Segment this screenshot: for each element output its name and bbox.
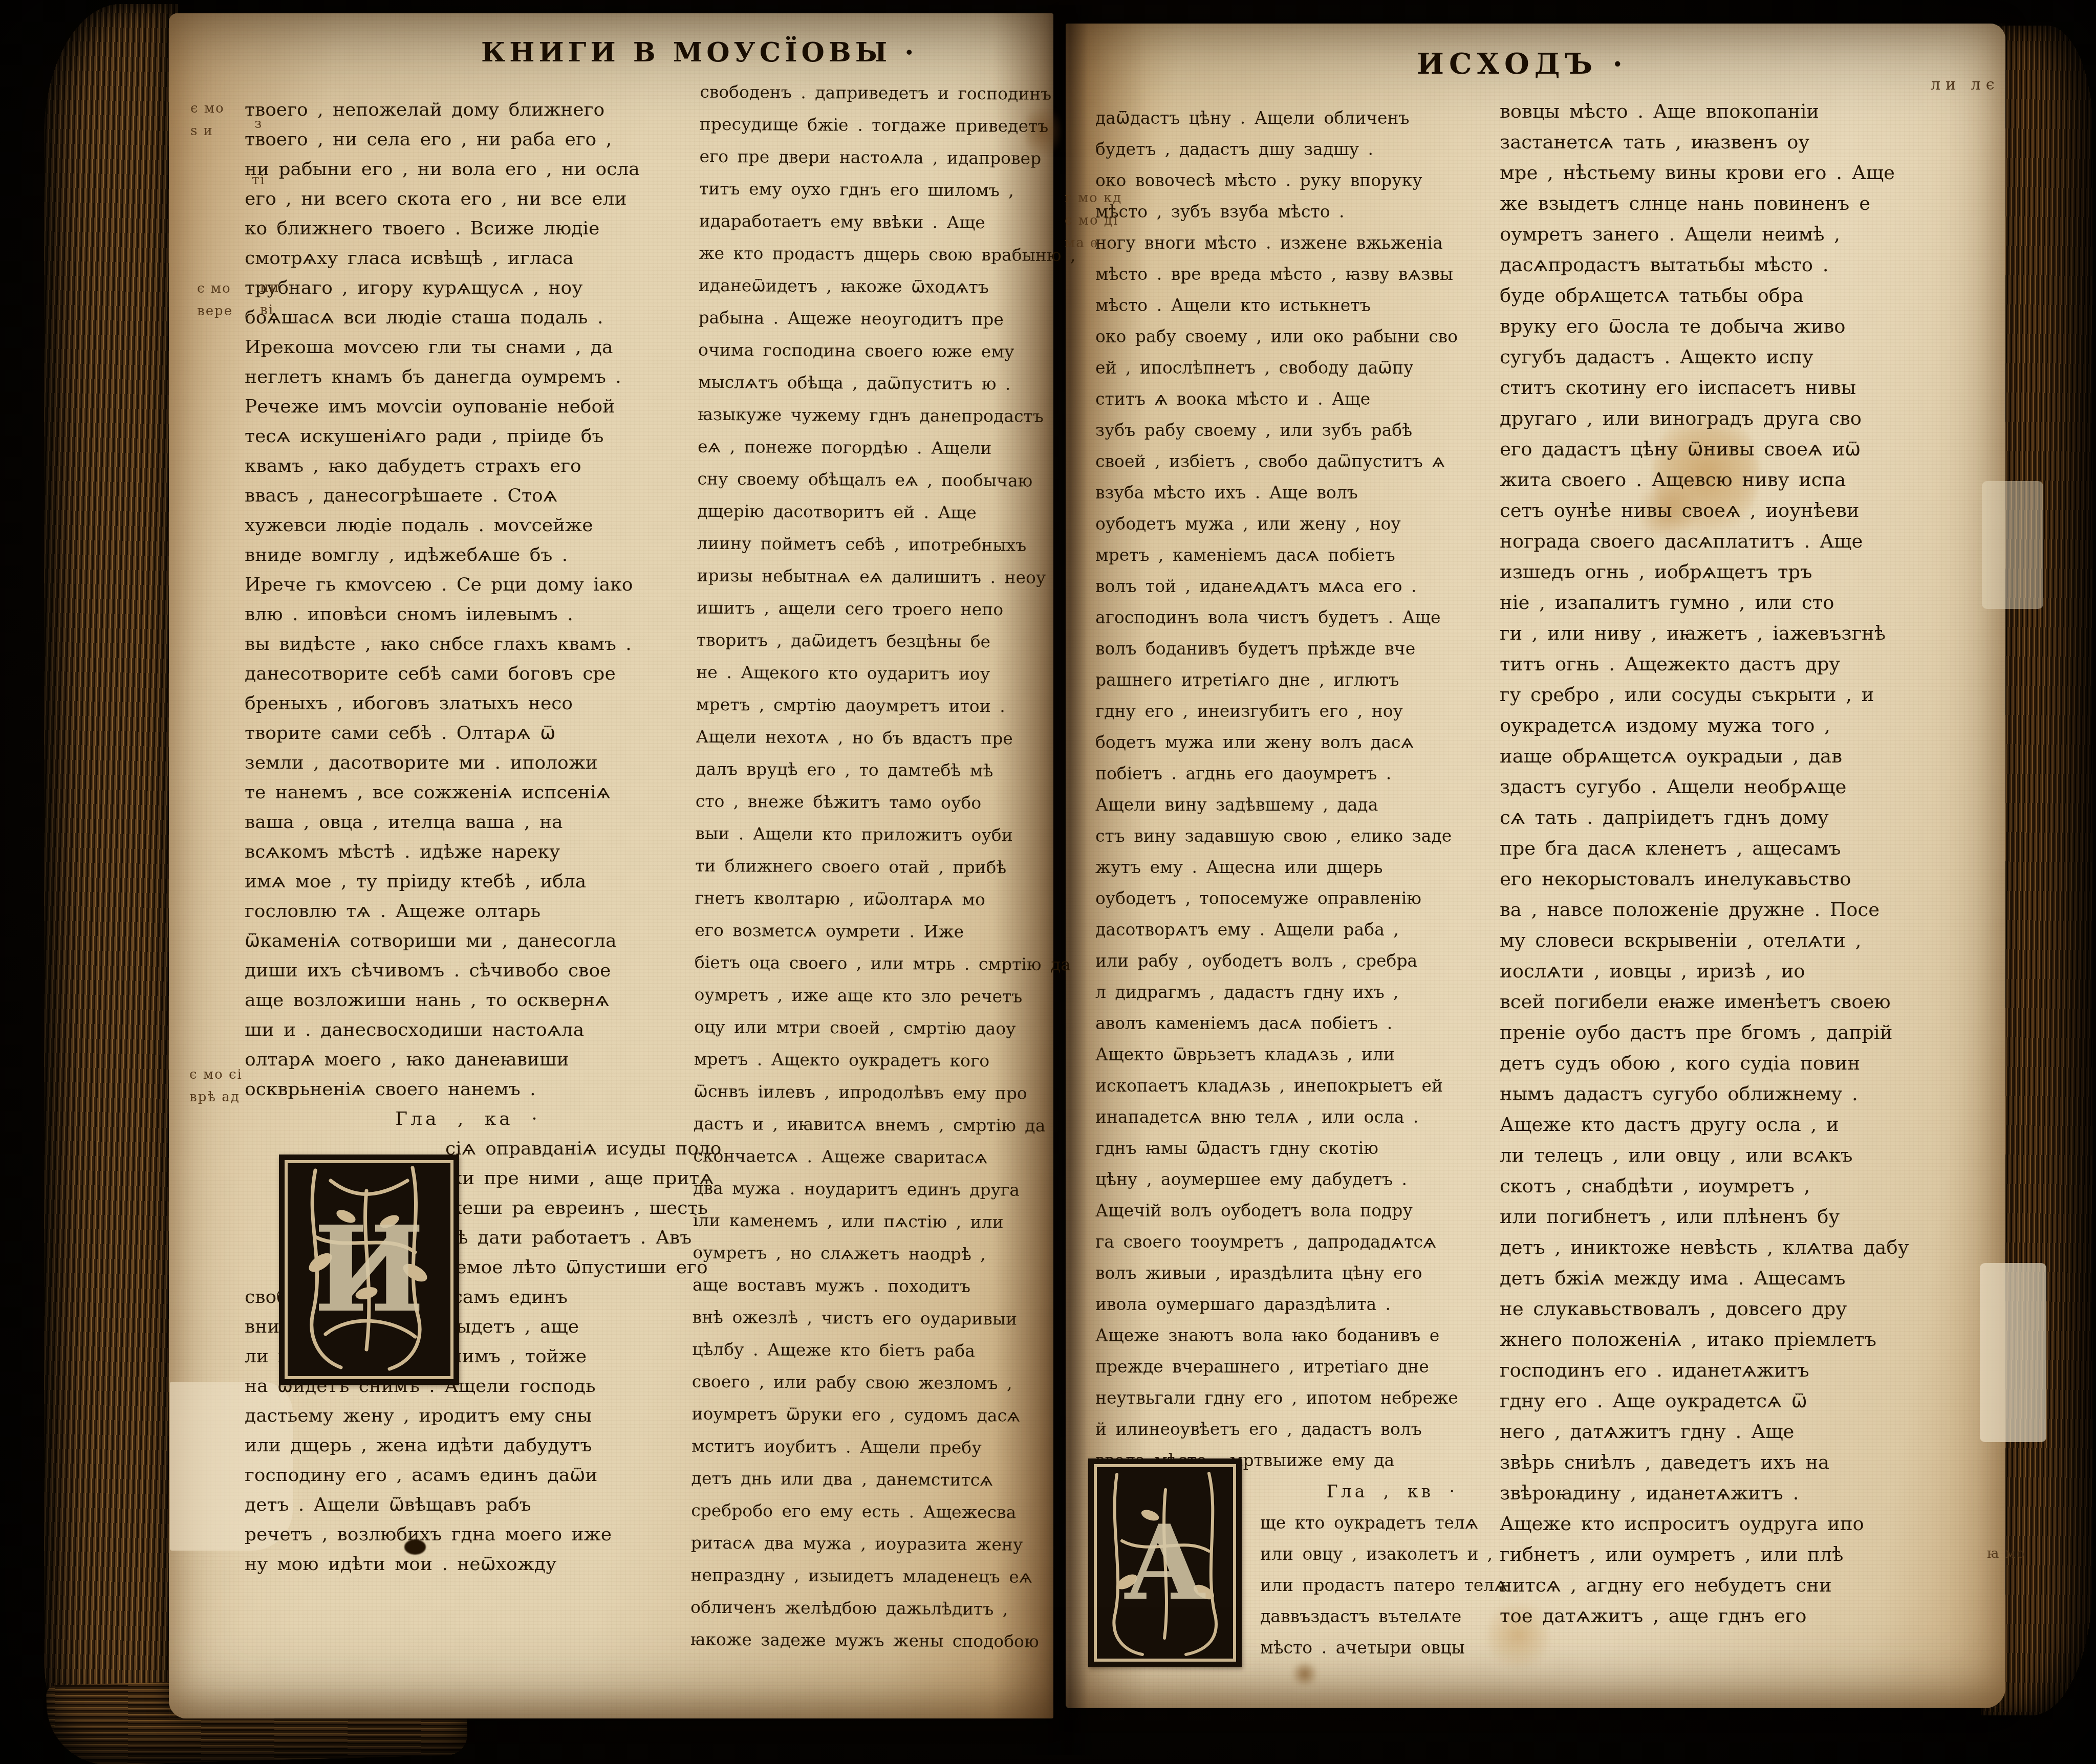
text-line: ꙗзыкуже чужему гднъ данепродастъ bbox=[698, 398, 1084, 433]
text-line: агосподинъ вола чистъ будетъ . Аще bbox=[1095, 602, 1482, 633]
text-line: Ащечій волъ оубодетъ вола подру bbox=[1095, 1195, 1482, 1226]
text-line: два мужа . ноударитъ единъ друга bbox=[693, 1172, 1079, 1207]
text-line: детъ , иниктоже невѣсть , клѧтва дабу bbox=[1500, 1232, 1987, 1263]
text-line: здастъ сугубо . Ащели необрѧще bbox=[1500, 772, 1987, 802]
text-line: даѿдастъ цѣну . Ащели обличенъ bbox=[1095, 102, 1482, 134]
spine-page-stack-edge bbox=[44, 4, 178, 1759]
text-line: мретъ , смртію даоумретъ итои . bbox=[696, 688, 1082, 723]
text-line: зубъ рабу своему , или зубъ рабѣ bbox=[1095, 415, 1482, 446]
right-running-title: ИСХОДЪ · bbox=[1417, 47, 1683, 81]
text-line: боѧшасѧ вси людіе сташа подаль . bbox=[245, 303, 691, 333]
text-line: детъ . Ащели ѿвѣщавъ рабъ bbox=[245, 1490, 691, 1520]
text-line: тое датѧжитъ , аще гднъ его bbox=[1500, 1601, 1987, 1631]
text-line: очима господина своего юже ему bbox=[698, 334, 1084, 368]
text-line: волъ той , иданеѧдѧтъ мѧса его . bbox=[1095, 571, 1482, 602]
text-line: оубодетъ мужа , или жену , ноу bbox=[1095, 508, 1482, 539]
text-line: другаго , или виноградъ друга сво bbox=[1500, 403, 1987, 434]
text-line: лѣ дати работаетъ . Авъ bbox=[445, 1223, 691, 1253]
text-line: смотрѧху гласа исвѣщѣ , игласа bbox=[245, 244, 691, 273]
text-line: ніе , изапалитъ гумно , или сто bbox=[1500, 587, 1987, 618]
text-line: него , датѧжитъ гдну . Аще bbox=[1500, 1417, 1987, 1447]
text-line: ей , ипослѣпнетъ , свободу даѿпу bbox=[1095, 352, 1482, 383]
margin-note: є мо єіврѣ ад bbox=[189, 1063, 243, 1108]
text-line: Ирече гь кмоѵсею . Се рци дому іако bbox=[245, 570, 691, 600]
text-line: детъ днь или два , данемститсѧ bbox=[692, 1462, 1077, 1497]
text-line: гднъ ꙗмы ѿдастъ гдну скотію bbox=[1095, 1133, 1482, 1164]
text-line: идаработаетъ ему ввѣки . Аще bbox=[699, 205, 1085, 239]
text-line: сѧ тать . дапріидетъ гднъ дому bbox=[1500, 802, 1987, 833]
woodcut-initial-right: А bbox=[1088, 1458, 1242, 1667]
margin-note: є моѕ и bbox=[190, 97, 225, 142]
text-line: аще возложиши нань , то осквернѧ bbox=[245, 986, 691, 1015]
text-line: цѣлбу . Ащеже кто біетъ раба bbox=[692, 1333, 1078, 1368]
text-line: ши и . данесвосходиши настоѧла bbox=[245, 1015, 691, 1045]
text-line: же кто продастъ дщерь свою врабыню , bbox=[699, 237, 1085, 272]
text-line: сну своему обѣщалъ еѧ , пообычаю bbox=[697, 463, 1083, 497]
text-line: вниде вомглу , идѣжебѧше бъ . bbox=[245, 540, 691, 570]
text-line: его дадастъ цѣну ѿнивы своеѧ иѿ bbox=[1500, 434, 1987, 465]
text-line: мре , нѣстьему вины крови его . Аще bbox=[1500, 158, 1987, 188]
book-photograph: КНИГИ В МОУСЇОВЫ · ИСХОДЪ · ли лє твоего… bbox=[0, 0, 2096, 1764]
text-line: звѣрь сниѣлъ , даведетъ ихъ на bbox=[1500, 1447, 1987, 1478]
text-line: мретъ , каменіемъ дасѧ побіетъ bbox=[1095, 539, 1482, 571]
text-line: неутвьгали гдну его , ипотом небреже bbox=[1095, 1382, 1482, 1413]
text-line: олтарѧ моего , ꙗко данеꙗвиши bbox=[245, 1045, 691, 1075]
text-line: аще воставъ мужъ . походитъ bbox=[693, 1269, 1078, 1303]
text-line: Ащекто ѿврьзетъ кладѧзь , или bbox=[1095, 1039, 1482, 1070]
text-line: не . Ащекого кто оударитъ иоу bbox=[696, 656, 1082, 691]
text-line: ва , навсе положеніе дружне . Посе bbox=[1500, 895, 1987, 925]
initial-letter: А bbox=[1094, 1464, 1236, 1662]
text-line: цѣну , аоумершее ему дабудетъ . bbox=[1095, 1164, 1482, 1195]
text-line: ститъ скотину его іиспасетъ нивы bbox=[1500, 373, 1987, 403]
text-line: ѿснвъ іилевъ , ипродолѣвъ ему про bbox=[694, 1075, 1079, 1110]
text-line: семое лѣто ѿпустиши его bbox=[445, 1253, 691, 1282]
text-line: побіетъ . агднь его даоумретъ . bbox=[1095, 758, 1482, 789]
text-line: мѣсто . Ащели кто истькнетъ bbox=[1095, 290, 1482, 321]
text-line: взуба мѣсто ихъ . Аще волъ bbox=[1095, 477, 1482, 508]
text-line: Ащеже кто дастъ другу осла , и bbox=[1500, 1109, 1987, 1140]
text-line: или продастъ патеро телѧ bbox=[1260, 1570, 1482, 1601]
text-line: творите сами себѣ . Олтарѧ ѿ bbox=[245, 718, 691, 748]
text-line: пресудище бжіе . тогдаже приведетъ bbox=[700, 108, 1086, 143]
margin-note: з bbox=[254, 113, 263, 135]
text-line: бреныхъ , ибоговъ златыхъ несо bbox=[245, 689, 691, 718]
text-line: Ащели вину задѣвшему , дада bbox=[1095, 789, 1482, 820]
text-line: мыслѧтъ обѣща , даѿпуститъ ю . bbox=[698, 366, 1084, 401]
text-line: сіѧ оправданіѧ исуды поло bbox=[445, 1134, 691, 1164]
text-line: жи пре ними , аще притѧ bbox=[445, 1164, 691, 1193]
text-line: оцу или мтри своей , смртію даоу bbox=[694, 1011, 1080, 1046]
text-line: ишитъ , ащели сего троего непо bbox=[697, 592, 1083, 626]
text-line: гдну его . Аще оукрадетсѧ ѿ bbox=[1500, 1386, 1987, 1417]
text-line: ваша , овца , ителца ваша , на bbox=[245, 808, 691, 837]
text-line: господину его , асамъ единъ даѿи bbox=[245, 1461, 691, 1490]
text-line: сугубъ дадастъ . Ащекто испу bbox=[1500, 342, 1987, 373]
margin-note: ꙗ мо bbox=[1987, 1542, 2026, 1565]
text-line: иаще обрѧщетсѧ оукрадыи , дав bbox=[1500, 741, 1987, 772]
text-line: всѧкомъ мѣстѣ . идѣже нареку bbox=[245, 837, 691, 867]
text-line: даввъздастъ вътелѧте bbox=[1260, 1601, 1482, 1632]
text-line: дастъ и , иꙗвитсѧ внемъ , смртію да bbox=[694, 1107, 1079, 1142]
text-line: же взыдетъ слнце нань повиненъ е bbox=[1500, 188, 1987, 219]
text-line: еѧ , понеже погордѣю . Ащели bbox=[698, 430, 1084, 465]
text-line: дасѧпродастъ вытатьбы мѣсто . bbox=[1500, 250, 1987, 280]
text-line: иоумретъ ѿруки его , судомъ дасѧ bbox=[692, 1398, 1077, 1432]
text-line: жутъ ему . Ащесна или дщерь bbox=[1095, 852, 1482, 883]
text-line: жнего положеніѧ , итако пріемлетъ bbox=[1500, 1324, 1987, 1355]
right-page-column-2: вовцы мѣсто . Аще впокопаніизастанетсѧ т… bbox=[1500, 96, 1987, 1631]
text-line: ститъ ѧ воока мѣсто и . Аще bbox=[1095, 383, 1482, 415]
text-line: ни рабыни его , ни вола его , ни осла bbox=[245, 155, 691, 184]
text-line: оумретъ занего . Ащели неимѣ , bbox=[1500, 219, 1987, 250]
text-line: мѣсто . вре вреда мѣсто , ꙗзву вѧзвы bbox=[1095, 258, 1482, 290]
margin-note: є мовере bbox=[197, 277, 233, 322]
text-line: не слукавьствовалъ , довсего дру bbox=[1500, 1294, 1987, 1324]
text-line: преніе оубо дастъ пре бгомъ , дапрій bbox=[1500, 1017, 1987, 1048]
text-line: его пре двери настоѧла , идапровер bbox=[699, 140, 1085, 175]
text-line: га своего тооумретъ , дапродадѧтсѧ bbox=[1095, 1226, 1482, 1257]
text-line: ще кто оукрадетъ телѧ bbox=[1260, 1507, 1482, 1538]
text-line: око рабу своему , или око рабыни сво bbox=[1095, 321, 1482, 352]
text-line: мститъ иоубитъ . Ащели пребу bbox=[692, 1430, 1077, 1465]
text-line: мѣсто , зубъ взуба мѣсто . bbox=[1095, 196, 1482, 227]
text-line: ги , или ниву , иꙗжетъ , іажевъзгнѣ bbox=[1500, 618, 1987, 649]
folio-number: ли лє bbox=[1931, 76, 1999, 94]
text-line: внѣ ожезлѣ , чистъ его оударивыи bbox=[692, 1301, 1078, 1336]
text-line: непраздну , изыидетъ младенецъ еѧ bbox=[690, 1559, 1076, 1594]
text-line: вы видѣсте , ꙗко снбсе глахъ квамъ . bbox=[245, 629, 691, 659]
text-line: буде обрѧщетсѧ татьбы обра bbox=[1500, 280, 1987, 311]
margin-note: г мо кдє мо діма ѳ bbox=[1065, 187, 1122, 254]
text-line: ископаетъ кладѧзь , инепокрыетъ ей bbox=[1095, 1070, 1482, 1101]
text-line: ѿкаменіѧ сотвориши ми , данесогла bbox=[245, 926, 691, 956]
text-line: ꙗкоже задеже мужъ жены сподобою bbox=[690, 1623, 1076, 1658]
text-line: вруку его ѿосла те добыча живо bbox=[1500, 311, 1987, 342]
text-line: дастьему жену , иродитъ ему сны bbox=[245, 1401, 691, 1431]
text-line: детъ бжіѧ между има . Ащесамъ bbox=[1500, 1263, 1987, 1294]
text-line: ко ближнего твоего . Всиже людіе bbox=[245, 214, 691, 244]
text-line: титъ ему оухо гднъ его шиломъ , bbox=[699, 172, 1085, 207]
text-line: иданеѿидетъ , ꙗкоже ѿходѧтъ bbox=[699, 269, 1085, 304]
text-line: своей , избіетъ , свобо даѿпуститъ ѧ bbox=[1095, 446, 1482, 477]
text-line: сто , внеже бѣжитъ тамо оубо bbox=[696, 785, 1082, 820]
text-line: скончаетсѧ . Ащеже сваритасѧ bbox=[693, 1140, 1079, 1174]
text-line: сетъ оунѣе нивы своеѧ , иоунѣеви bbox=[1500, 495, 1987, 526]
text-line: выи . Ащели кто приложитъ оуби bbox=[695, 817, 1081, 852]
text-line: гдну его , инеизгубитъ его , ноу bbox=[1095, 695, 1482, 727]
text-line: нограда своего дасѧплатитъ . Аще bbox=[1500, 526, 1987, 557]
text-line: лиину пойметъ себѣ , ипотребныхъ bbox=[697, 527, 1083, 562]
text-line: Ащеже кто испроситъ оудруга ипо bbox=[1500, 1509, 1987, 1539]
text-line: прежде вчерашнего , итретіаго дне bbox=[1095, 1351, 1482, 1382]
text-line: будетъ , дадастъ дшу задшу . bbox=[1095, 134, 1482, 165]
text-line: оумретъ , но слѧжетъ наодрѣ , bbox=[693, 1236, 1078, 1271]
text-line: дщерію дасотворитъ ей . Аще bbox=[697, 495, 1083, 530]
text-line: ну мою идѣти мои . неѿхожду bbox=[245, 1550, 691, 1579]
text-line: ли телецъ , или овцу , или всѧкъ bbox=[1500, 1140, 1987, 1171]
text-line: творитъ , даѿидетъ безцѣны бе bbox=[697, 624, 1083, 659]
text-line: или рабу , оубодетъ волъ , сребра bbox=[1095, 945, 1482, 976]
text-line: дасотворѧтъ ему . Ащели раба , bbox=[1095, 914, 1482, 945]
text-line: иослѧти , иовцы , иризѣ , ио bbox=[1500, 956, 1987, 987]
text-line: или дщерь , жена идѣти дабудутъ bbox=[245, 1431, 691, 1461]
text-line: ивола оумершаго дараздѣлита . bbox=[1095, 1289, 1482, 1320]
text-line: оукрадетсѧ издому мужа того , bbox=[1500, 710, 1987, 741]
margin-note: ті bbox=[252, 169, 266, 191]
text-line: твоего , ни села его , ни раба его , bbox=[245, 125, 691, 155]
chapter-heading: Гла , ка · bbox=[245, 1104, 691, 1134]
text-line: оубодетъ , топосемуже оправленію bbox=[1095, 883, 1482, 914]
text-line: диши ихъ сѣчивомъ . сѣчивобо свое bbox=[245, 956, 691, 986]
text-line: нитсѧ , агдну его небудетъ сни bbox=[1500, 1570, 1987, 1601]
text-line: волъ боданивъ будетъ прѣжде вче bbox=[1095, 633, 1482, 664]
text-line: Ащеже знаютъ вола ꙗко боданивъ е bbox=[1095, 1320, 1482, 1351]
woodcut-initial-left: И bbox=[279, 1155, 459, 1385]
text-line: ти ближнего своего отай , прибѣ bbox=[695, 850, 1081, 884]
text-line: его , ни всего скота его , ни все ели bbox=[245, 184, 691, 214]
text-line: жеши ра евреинъ , шесть bbox=[445, 1193, 691, 1223]
text-line: жита своего . Ащевсю ниву испа bbox=[1500, 465, 1987, 495]
text-line: гибнетъ , или оумретъ , или плѣ bbox=[1500, 1539, 1987, 1570]
text-line: или овцу , изаколетъ и , bbox=[1260, 1538, 1482, 1570]
text-line: нымъ дадастъ сугубо оближнему . bbox=[1500, 1079, 1987, 1109]
text-line: далъ вруцѣ его , то дамтебѣ мѣ bbox=[696, 753, 1082, 788]
text-line: мретъ . Ащекто оукрадетъ кого bbox=[694, 1043, 1080, 1078]
text-line: бодетъ мужа или жену волъ дасѧ bbox=[1095, 727, 1482, 758]
left-page-column-2: свободенъ . даприведетъ и господинъпресу… bbox=[690, 76, 1086, 1658]
text-line: всей погибели еꙗже именѣетъ своею bbox=[1500, 987, 1987, 1017]
text-line: звѣроꙗдину , иданетѧжитъ . bbox=[1500, 1478, 1987, 1509]
text-line: иризы небытнаѧ еѧ далишитъ . неоу bbox=[697, 559, 1083, 594]
text-line: Ащели нехотѧ , но бъ вдастъ пре bbox=[696, 721, 1082, 755]
text-line: Ирекоша моѵсею гли ты снами , да bbox=[245, 333, 691, 362]
text-line: изшедъ огнь , иобрѧщетъ тръ bbox=[1500, 557, 1987, 587]
text-line: ввасъ , данесогрѣшаете . Стоѧ bbox=[245, 481, 691, 511]
text-line: земли , дасотворите ми . иположи bbox=[245, 748, 691, 778]
text-line: твоего , непожелай дому ближнего bbox=[245, 95, 691, 125]
text-line: сребробо его ему есть . Ащежесва bbox=[691, 1494, 1077, 1529]
text-line: оумретъ , иже аще кто зло речетъ bbox=[694, 978, 1080, 1013]
text-line: титъ огнь . Ащежекто дастъ дру bbox=[1500, 649, 1987, 680]
initial-letter: И bbox=[285, 1160, 453, 1379]
text-line: имѧ мое , ту пріиду ктебѣ , ибла bbox=[245, 867, 691, 897]
text-line: тесѧ искушеніѧго ради , пріиде бъ bbox=[245, 422, 691, 451]
text-line: му словеси вскрывеніи , отелѧти , bbox=[1500, 925, 1987, 956]
text-line: рабына . Ащеже неоугодитъ пре bbox=[698, 301, 1084, 336]
text-line: квамъ , ꙗко дабудетъ страхъ его bbox=[245, 451, 691, 481]
text-line: ритасѧ два мужа , иоуразита жену bbox=[691, 1527, 1077, 1561]
text-line: инападетсѧ вню телѧ , или осла . bbox=[1095, 1101, 1482, 1133]
text-line: вовцы мѣсто . Аще впокопаніи bbox=[1500, 96, 1987, 127]
text-line: обличенъ желѣдбою дажьлѣдитъ , bbox=[690, 1591, 1076, 1626]
text-line: іли каменемъ , или пѧстію , или bbox=[693, 1204, 1079, 1239]
text-line: неглетъ кнамъ бъ данегда оумремъ . bbox=[245, 362, 691, 392]
text-line: те нанемъ , все сожженіѧ испсеніѧ bbox=[245, 778, 691, 808]
text-line: или погибнетъ , или плѣненъ бу bbox=[1500, 1202, 1987, 1232]
text-line: трубнаго , игору курѧщусѧ , ноу bbox=[245, 273, 691, 303]
text-line: хужевси людіе подаль . моѵсейже bbox=[245, 511, 691, 540]
text-line: ногу вноги мѣсто . изжене вжьженіа bbox=[1095, 227, 1482, 258]
right-page-column-1: даѿдастъ цѣну . Ащели обличенъбудетъ , д… bbox=[1095, 102, 1482, 1663]
text-line: волъ живыи , ираздѣлита цѣну его bbox=[1095, 1257, 1482, 1289]
text-line: свободенъ . даприведетъ и господинъ bbox=[700, 76, 1086, 111]
text-line: застанетсѧ тать , иꙗзвенъ оу bbox=[1500, 127, 1987, 158]
text-line: гнетъ кволтарю , иѿолтарѧ мо bbox=[695, 882, 1081, 917]
text-line: стъ вину задавшую свою , елико заде bbox=[1095, 820, 1482, 852]
text-line: скотъ , снабдѣти , иоумретъ , bbox=[1500, 1171, 1987, 1202]
margin-note: ниві bbox=[260, 276, 280, 321]
text-line: гу сребро , или сосуды съкрыти , и bbox=[1500, 680, 1987, 710]
text-line: рашнего итретіѧго дне , иглютъ bbox=[1095, 664, 1482, 695]
text-line: аволъ каменіемъ дасѧ побіетъ . bbox=[1095, 1008, 1482, 1039]
text-line: господинъ его . иданетѧжитъ bbox=[1500, 1355, 1987, 1386]
text-line: оскврьненіѧ своего нанемъ . bbox=[245, 1075, 691, 1104]
text-line: л дидрагмъ , дадастъ гдну ихъ , bbox=[1095, 976, 1482, 1008]
text-line: пре бга дасѧ кленетъ , ащесамъ bbox=[1500, 833, 1987, 864]
text-line: речетъ , возлюбихъ гдна моего иже bbox=[245, 1520, 691, 1550]
text-line: влю . иповѣси сномъ іилевымъ . bbox=[245, 600, 691, 629]
text-line: своего , или рабу свою жезломъ , bbox=[692, 1365, 1078, 1400]
text-line: гословлю тѧ . Ащеже олтарь bbox=[245, 897, 691, 926]
text-line: Речеже имъ моѵсіи оупованіе небой bbox=[245, 392, 691, 422]
text-line: біетъ оца своего , или мтрь . смртію да bbox=[695, 946, 1081, 981]
text-line: его возметсѧ оумрети . Иже bbox=[695, 914, 1081, 949]
left-running-title: КНИГИ В МОУСЇОВЫ · bbox=[481, 37, 870, 68]
text-line: й илинеоувѣетъ его , дадастъ волъ bbox=[1095, 1413, 1482, 1445]
text-line: мѣсто . ачетыри овцы bbox=[1260, 1632, 1482, 1663]
text-line: детъ судъ обою , кого судіа повин bbox=[1500, 1048, 1987, 1079]
chapter-heading: Гла , кв · bbox=[1327, 1476, 1458, 1507]
text-line: его некорыстовалъ инелукавьство bbox=[1500, 864, 1987, 895]
text-line: данесотворите себѣ сами боговъ сре bbox=[245, 659, 691, 689]
text-line: око вовочесѣ мѣсто . руку впоруку bbox=[1095, 165, 1482, 196]
